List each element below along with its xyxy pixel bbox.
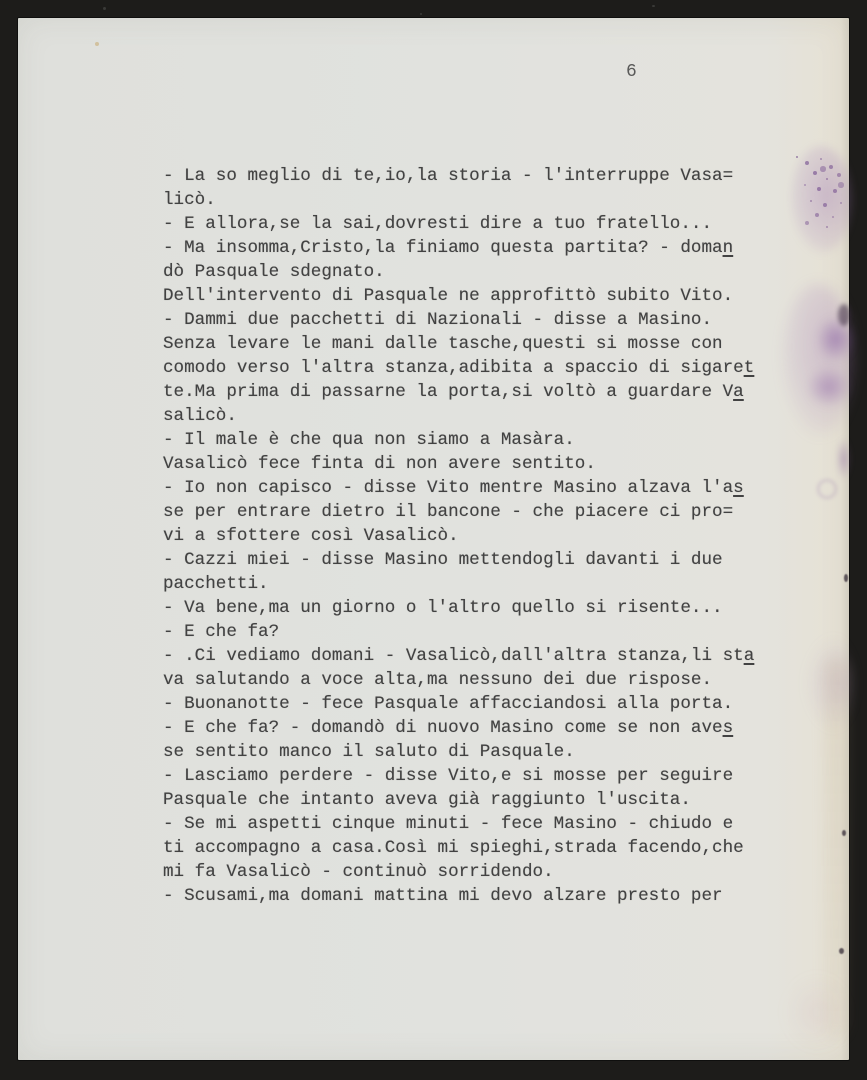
text-line: - Lasciamo perdere - disse Vito,e si mos… xyxy=(163,764,754,788)
text-line: dò Pasquale sdegnato. xyxy=(163,260,754,284)
text-line: - .Ci vediamo domani - Vasalicò,dall'alt… xyxy=(163,644,754,668)
text-line: - Io non capisco - disse Vito mentre Mas… xyxy=(163,476,754,500)
dust-speck xyxy=(420,13,422,15)
text-line: va salutando a voce alta,ma nessuno dei … xyxy=(163,668,754,692)
text-line: pacchetti. xyxy=(163,572,754,596)
purple-stain-wash xyxy=(782,284,854,436)
text-line: se sentito manco il saluto di Pasquale. xyxy=(163,740,754,764)
text-line: comodo verso l'altra stanza,adibita a sp… xyxy=(163,356,754,380)
text-line: - E allora,se la sai,dovresti dire a tuo… xyxy=(163,212,754,236)
text-line: - Buonanotte - fece Pasquale affacciando… xyxy=(163,692,754,716)
purple-stain-core xyxy=(816,316,856,362)
text-line: - Scusami,ma domani mattina mi devo alza… xyxy=(163,884,754,908)
paper-page: 6 - La so meglio di te,io,la storia - l'… xyxy=(18,18,849,1060)
text-line: ti accompagno a casa.Così mi spieghi,str… xyxy=(163,836,754,860)
purple-stain-streak xyxy=(836,438,851,480)
text-line: - Va bene,ma un giorno o l'altro quello … xyxy=(163,596,754,620)
text-line: - Cazzi miei - disse Masino mettendogli … xyxy=(163,548,754,572)
purple-stain-lower xyxy=(806,636,852,731)
paper-edge-discoloration xyxy=(824,658,848,1038)
text-line: Vasalicò fece finta di non avere sentito… xyxy=(163,452,754,476)
text-line: salicò. xyxy=(163,404,754,428)
text-line: vi a sfottere così Vasalicò. xyxy=(163,524,754,548)
edge-speck xyxy=(839,948,844,954)
pink-corner-smudge xyxy=(786,976,848,1048)
dark-edge-mark xyxy=(838,304,850,326)
text-line: - Ma insomma,Cristo,la finiamo questa pa… xyxy=(163,236,754,260)
text-line: se per entrare dietro il bancone - che p… xyxy=(163,500,754,524)
page-number: 6 xyxy=(626,62,637,82)
text-line: - Il male è che qua non siamo a Masàra. xyxy=(163,428,754,452)
text-line: - Se mi aspetti cinque minuti - fece Mas… xyxy=(163,812,754,836)
text-line: Pasquale che intanto aveva già raggiunto… xyxy=(163,788,754,812)
dust-speck xyxy=(103,7,106,10)
purple-stain-speckle-dots xyxy=(796,156,798,158)
text-line: Dell'intervento di Pasquale ne approfitt… xyxy=(163,284,754,308)
scan-background: 6 - La so meglio di te,io,la storia - l'… xyxy=(0,0,867,1080)
purple-stain-ring xyxy=(816,478,838,500)
edge-speck xyxy=(844,574,848,582)
text-line: licò. xyxy=(163,188,754,212)
text-line: - La so meglio di te,io,la storia - l'in… xyxy=(163,164,754,188)
edge-speck xyxy=(842,830,846,836)
text-line: - E che fa? - domandò di nuovo Masino co… xyxy=(163,716,754,740)
paper-fleck xyxy=(95,42,99,46)
text-line: - E che fa? xyxy=(163,620,754,644)
purple-stain-speckled xyxy=(790,146,852,254)
text-line: mi fa Vasalicò - continuò sorridendo. xyxy=(163,860,754,884)
text-line: - Dammi due pacchetti di Nazionali - dis… xyxy=(163,308,754,332)
dust-speck xyxy=(652,5,655,7)
typewritten-text: - La so meglio di te,io,la storia - l'in… xyxy=(163,164,754,908)
text-line: Senza levare le mani dalle tasche,questi… xyxy=(163,332,754,356)
purple-stain-core xyxy=(806,366,852,408)
text-line: te.Ma prima di passarne la porta,si volt… xyxy=(163,380,754,404)
